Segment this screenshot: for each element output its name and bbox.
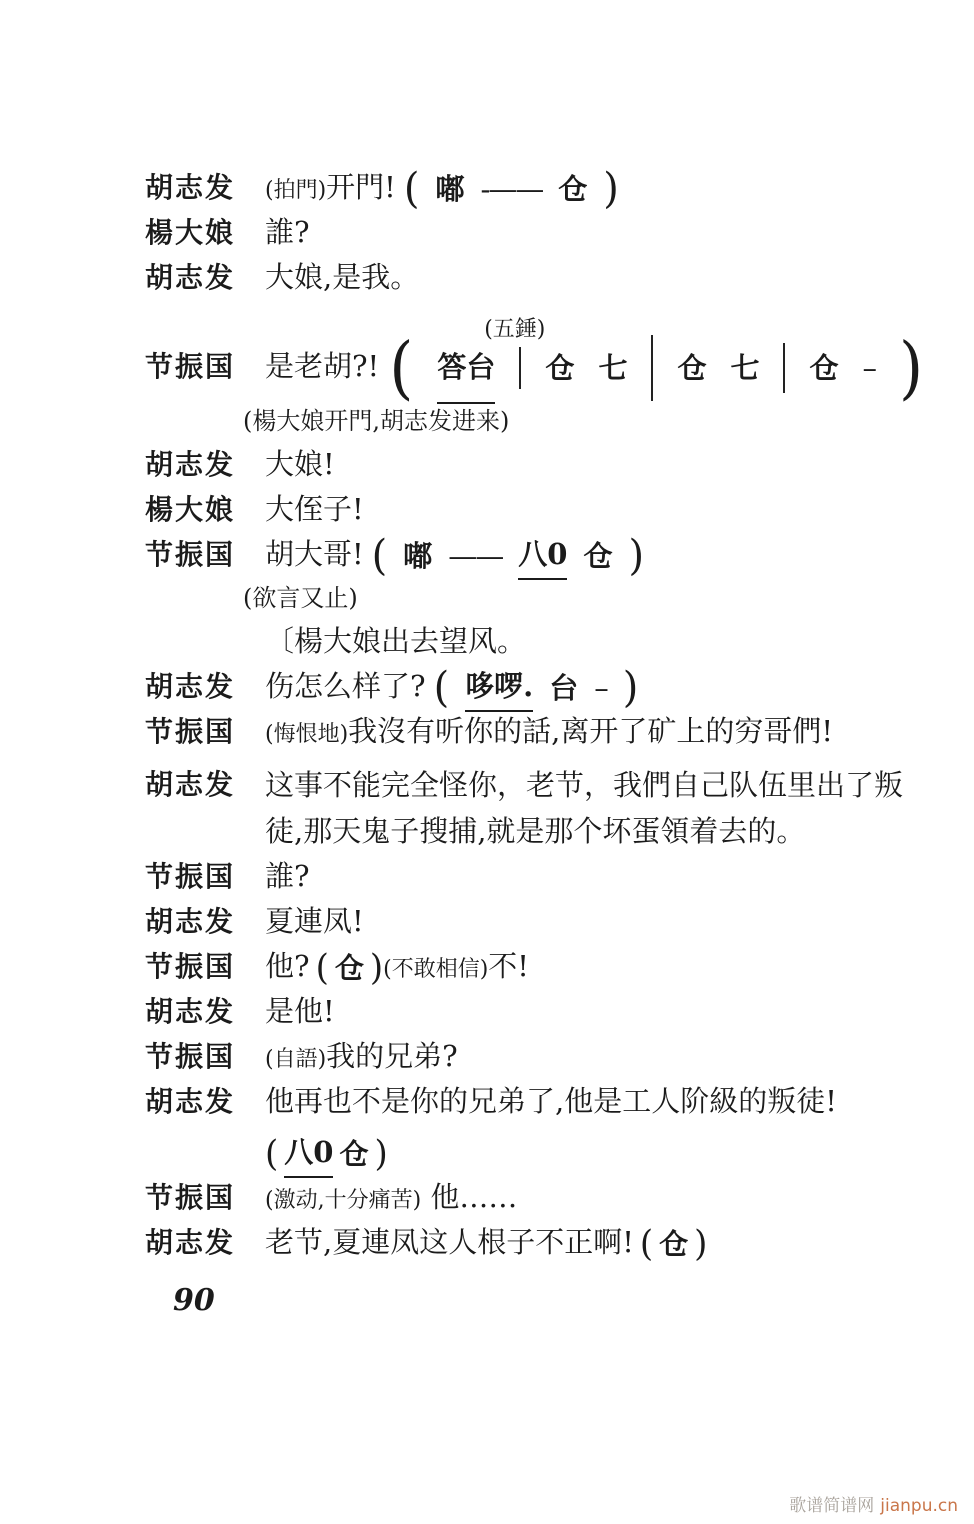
- percussion-syllable: 八0: [518, 532, 567, 580]
- dialogue-text: 他……: [421, 1180, 517, 1214]
- dialogue-text: 我沒有听你的話,离开了矿上的穷哥們!: [348, 714, 833, 748]
- dialogue-text: 他再也不是你的兄弟了,他是工人阶級的叛徒!: [265, 1084, 837, 1118]
- percussion-dash: –: [594, 666, 607, 711]
- dialogue-text: 他?: [265, 949, 310, 983]
- script-line: 胡志发(拍門)开門!(嘟-——仓): [145, 165, 974, 210]
- speaker-label: 节振国: [145, 1175, 265, 1220]
- speaker-label: 胡志发: [145, 1079, 265, 1124]
- percussion-label: (五錘): [484, 319, 545, 341]
- script-line: 节振国胡大哥!(嘟——八0仓): [145, 532, 974, 577]
- stage-direction-inline: (不敢相信): [383, 957, 488, 982]
- dialogue-text: 伤怎么样了?: [265, 669, 426, 703]
- paren-open: (: [434, 667, 450, 709]
- percussion-syllable: 仓: [545, 334, 574, 402]
- paren-close: ): [603, 168, 619, 210]
- dialogue-line-1: 这事不能完全怪你，老节，我們自己队伍里出了叛: [265, 762, 903, 808]
- speaker-label: 节振国: [145, 1034, 265, 1079]
- percussion-notation: (嘟——八0仓): [372, 532, 644, 580]
- script-line: 胡志发伤怎么样了?(哆啰.台–): [145, 664, 974, 709]
- script-line: 胡志发老节,夏連凤这人根子不正啊!(仓): [145, 1220, 974, 1265]
- percussion-syllable: 仓: [339, 1132, 368, 1177]
- dialogue-text: 誰?: [265, 215, 310, 249]
- speaker-label: 胡志发: [145, 255, 265, 300]
- watermark-site-url: jianpu.cn: [880, 1496, 958, 1516]
- speaker-label: 胡志发: [145, 1220, 265, 1265]
- paren-open: (: [404, 168, 420, 210]
- script-line: 节振国(自語)我的兄弟?: [145, 1034, 974, 1079]
- percussion-syllable: 仓: [335, 946, 364, 991]
- paren-open: (: [265, 1136, 278, 1172]
- percussion-notation: (五錘)(答台仓七仓七仓–): [389, 333, 923, 404]
- speaker-label: 胡志发: [145, 989, 265, 1034]
- script-line: 楊大娘誰?: [145, 210, 974, 255]
- dialogue-text: 夏連凤!: [265, 904, 364, 938]
- paren-close: ): [899, 334, 923, 402]
- speaker-label: 胡志发: [145, 664, 265, 709]
- percussion-notation: (仓): [316, 946, 384, 991]
- script-line: 节振国是老胡?!(五錘)(答台仓七仓七仓–): [145, 332, 974, 400]
- stage-direction-inline: (自語): [265, 1047, 326, 1072]
- script-line: 楊大娘大侄子!: [145, 487, 974, 532]
- percussion-dash: -——: [480, 167, 542, 212]
- script-line-with-notation: 节振国是老胡?!(五錘)(答台仓七仓七仓–) (楊大娘开門,胡志发进来): [145, 332, 974, 442]
- page-number: 90: [173, 1281, 974, 1321]
- stage-action-text: 〔楊大娘出去望风。: [265, 624, 526, 658]
- percussion-dash: ——: [448, 534, 502, 579]
- dialogue-text: 胡大哥!: [265, 537, 364, 571]
- stage-direction: (楊大娘开門,胡志发进来): [243, 400, 974, 442]
- paren-open: (: [389, 334, 413, 402]
- paren-close: ): [694, 1226, 707, 1262]
- script-line: 胡志发这事不能完全怪你，老节，我們自己队伍里出了叛徒,那天鬼子搜捕,就是那个坏蛋…: [145, 762, 974, 854]
- speaker-label: 节振国: [145, 333, 265, 401]
- bar-line: [651, 335, 653, 401]
- stage-direction: (欲言又止): [243, 577, 974, 619]
- percussion-syllable: 仓: [558, 167, 587, 212]
- stage-direction-inline: (悔恨地): [265, 722, 348, 747]
- paren-close: ): [374, 1136, 387, 1172]
- percussion-syllable: 八0: [284, 1130, 333, 1178]
- percussion-syllable: 仓: [659, 1222, 688, 1267]
- dialogue-text: 是他!: [265, 994, 335, 1028]
- percussion-syllable: 嘟: [403, 534, 432, 579]
- speaker-label: 节振国: [145, 854, 265, 899]
- percussion-syllable: 哆啰.: [465, 664, 533, 712]
- percussion-syllable: 仓: [583, 534, 612, 579]
- dialogue-text: 我的兄弟?: [326, 1039, 458, 1073]
- percussion-syllable: 台: [549, 666, 578, 711]
- speaker-label: 胡志发: [145, 442, 265, 487]
- script-line-continuation: (八0仓): [145, 1130, 974, 1175]
- watermark-site-name: 歌谱简谱网: [789, 1496, 874, 1516]
- speaker-label: 胡志发: [145, 762, 265, 808]
- paren-open: (: [640, 1226, 653, 1262]
- paren-close: ): [628, 535, 644, 577]
- percussion-notation: (仓): [640, 1222, 708, 1267]
- bar-line: [783, 343, 785, 393]
- speaker-label: 节振国: [145, 532, 265, 577]
- speaker-label: 节振国: [145, 944, 265, 989]
- dialogue-text: 大娘,是我。: [265, 260, 419, 294]
- script-line: 胡志发他再也不是你的兄弟了,他是工人阶級的叛徒!: [145, 1079, 974, 1124]
- percussion-syllable: 仓: [677, 334, 706, 402]
- speaker-label: 胡志发: [145, 165, 265, 210]
- bar-line: [519, 347, 521, 389]
- percussion-syllable: 七: [598, 334, 627, 402]
- dialogue-text: 不!: [488, 949, 529, 983]
- dialogue-text: 大侄子!: [265, 492, 364, 526]
- dialogue-text: 这事不能完全怪你，老节，我們自己队伍里出了叛徒,那天鬼子搜捕,就是那个坏蛋領着去…: [265, 762, 903, 854]
- stage-direction-inline: (拍門): [265, 178, 326, 203]
- percussion-syllable: 嘟: [435, 167, 464, 212]
- script-line: 胡志发大娘!: [145, 442, 974, 487]
- percussion-notation: (哆啰.台–): [434, 664, 639, 712]
- dialogue-line-2: 徒,那天鬼子搜捕,就是那个坏蛋領着去的。: [265, 808, 903, 854]
- stage-direction-inline: (激动,十分痛苦): [265, 1188, 421, 1213]
- dialogue-text: 老节,夏連凤这人根子不正啊!: [265, 1225, 634, 1259]
- percussion-notation: (嘟-——仓): [404, 167, 619, 212]
- dialogue-text: 是老胡?!: [265, 349, 379, 383]
- script-line: 胡志发大娘,是我。: [145, 255, 974, 300]
- script-page: 胡志发(拍門)开門!(嘟-——仓) 楊大娘誰? 胡志发大娘,是我。 节振国是老胡…: [0, 0, 974, 1321]
- watermark: 歌谱简谱网jianpu.cn: [789, 1491, 958, 1516]
- script-line: 节振国誰?: [145, 854, 974, 899]
- script-line: 节振国他?(仓)(不敢相信)不!: [145, 944, 974, 989]
- script-line: 胡志发是他!: [145, 989, 974, 1034]
- percussion-notation: (八0仓): [265, 1130, 388, 1178]
- percussion-syllable: 仓: [809, 334, 838, 402]
- paren-close: ): [623, 667, 639, 709]
- dialogue-text: 誰?: [265, 859, 310, 893]
- script-line: 胡志发夏連凤!: [145, 899, 974, 944]
- speaker-label: 楊大娘: [145, 487, 265, 532]
- speaker-label: 胡志发: [145, 899, 265, 944]
- paren-close: ): [370, 950, 383, 986]
- dialogue-text: 大娘!: [265, 447, 335, 481]
- paren-open: (: [316, 950, 329, 986]
- percussion-syllable: 七: [730, 334, 759, 402]
- stage-action-line: 〔楊大娘出去望风。: [145, 619, 974, 664]
- percussion-syllable: 答台: [437, 333, 495, 404]
- percussion-dash: –: [863, 334, 876, 402]
- speaker-label: 楊大娘: [145, 210, 265, 255]
- script-line: 节振国(激动,十分痛苦) 他……: [145, 1175, 974, 1220]
- paren-open: (: [372, 535, 388, 577]
- speaker-label: 节振国: [145, 709, 265, 754]
- dialogue-text: 开門!: [326, 170, 396, 204]
- script-line: 节振国(悔恨地)我沒有听你的話,离开了矿上的穷哥們!: [145, 709, 974, 754]
